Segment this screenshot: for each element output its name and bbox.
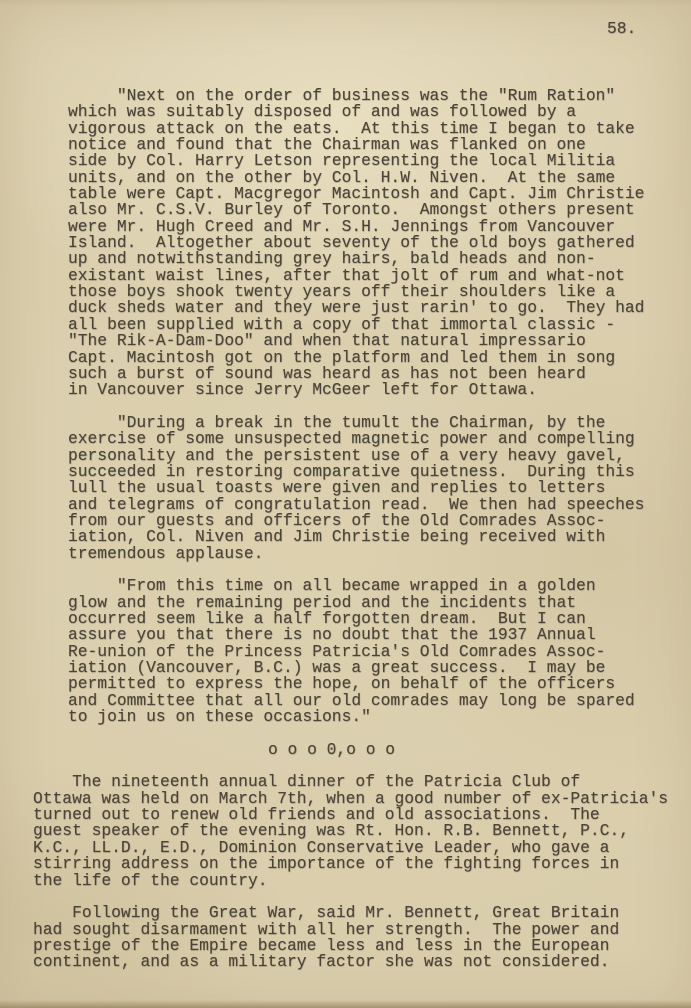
paragraph: Following the Great War, said Mr. Bennet… xyxy=(33,905,691,970)
page-content: "Next on the order of business was the "… xyxy=(0,0,691,987)
section-separator: o o o 0,o o o xyxy=(268,742,691,758)
paragraph: "From this time on all became wrapped in… xyxy=(68,578,691,725)
paragraph: "During a break in the tumult the Chairm… xyxy=(68,415,691,562)
paragraph: The nineteenth annual dinner of the Patr… xyxy=(33,774,691,888)
document-page: { "page": { "number": "58.", "separator"… xyxy=(0,0,691,1008)
paragraph: "Next on the order of business was the "… xyxy=(68,88,691,399)
